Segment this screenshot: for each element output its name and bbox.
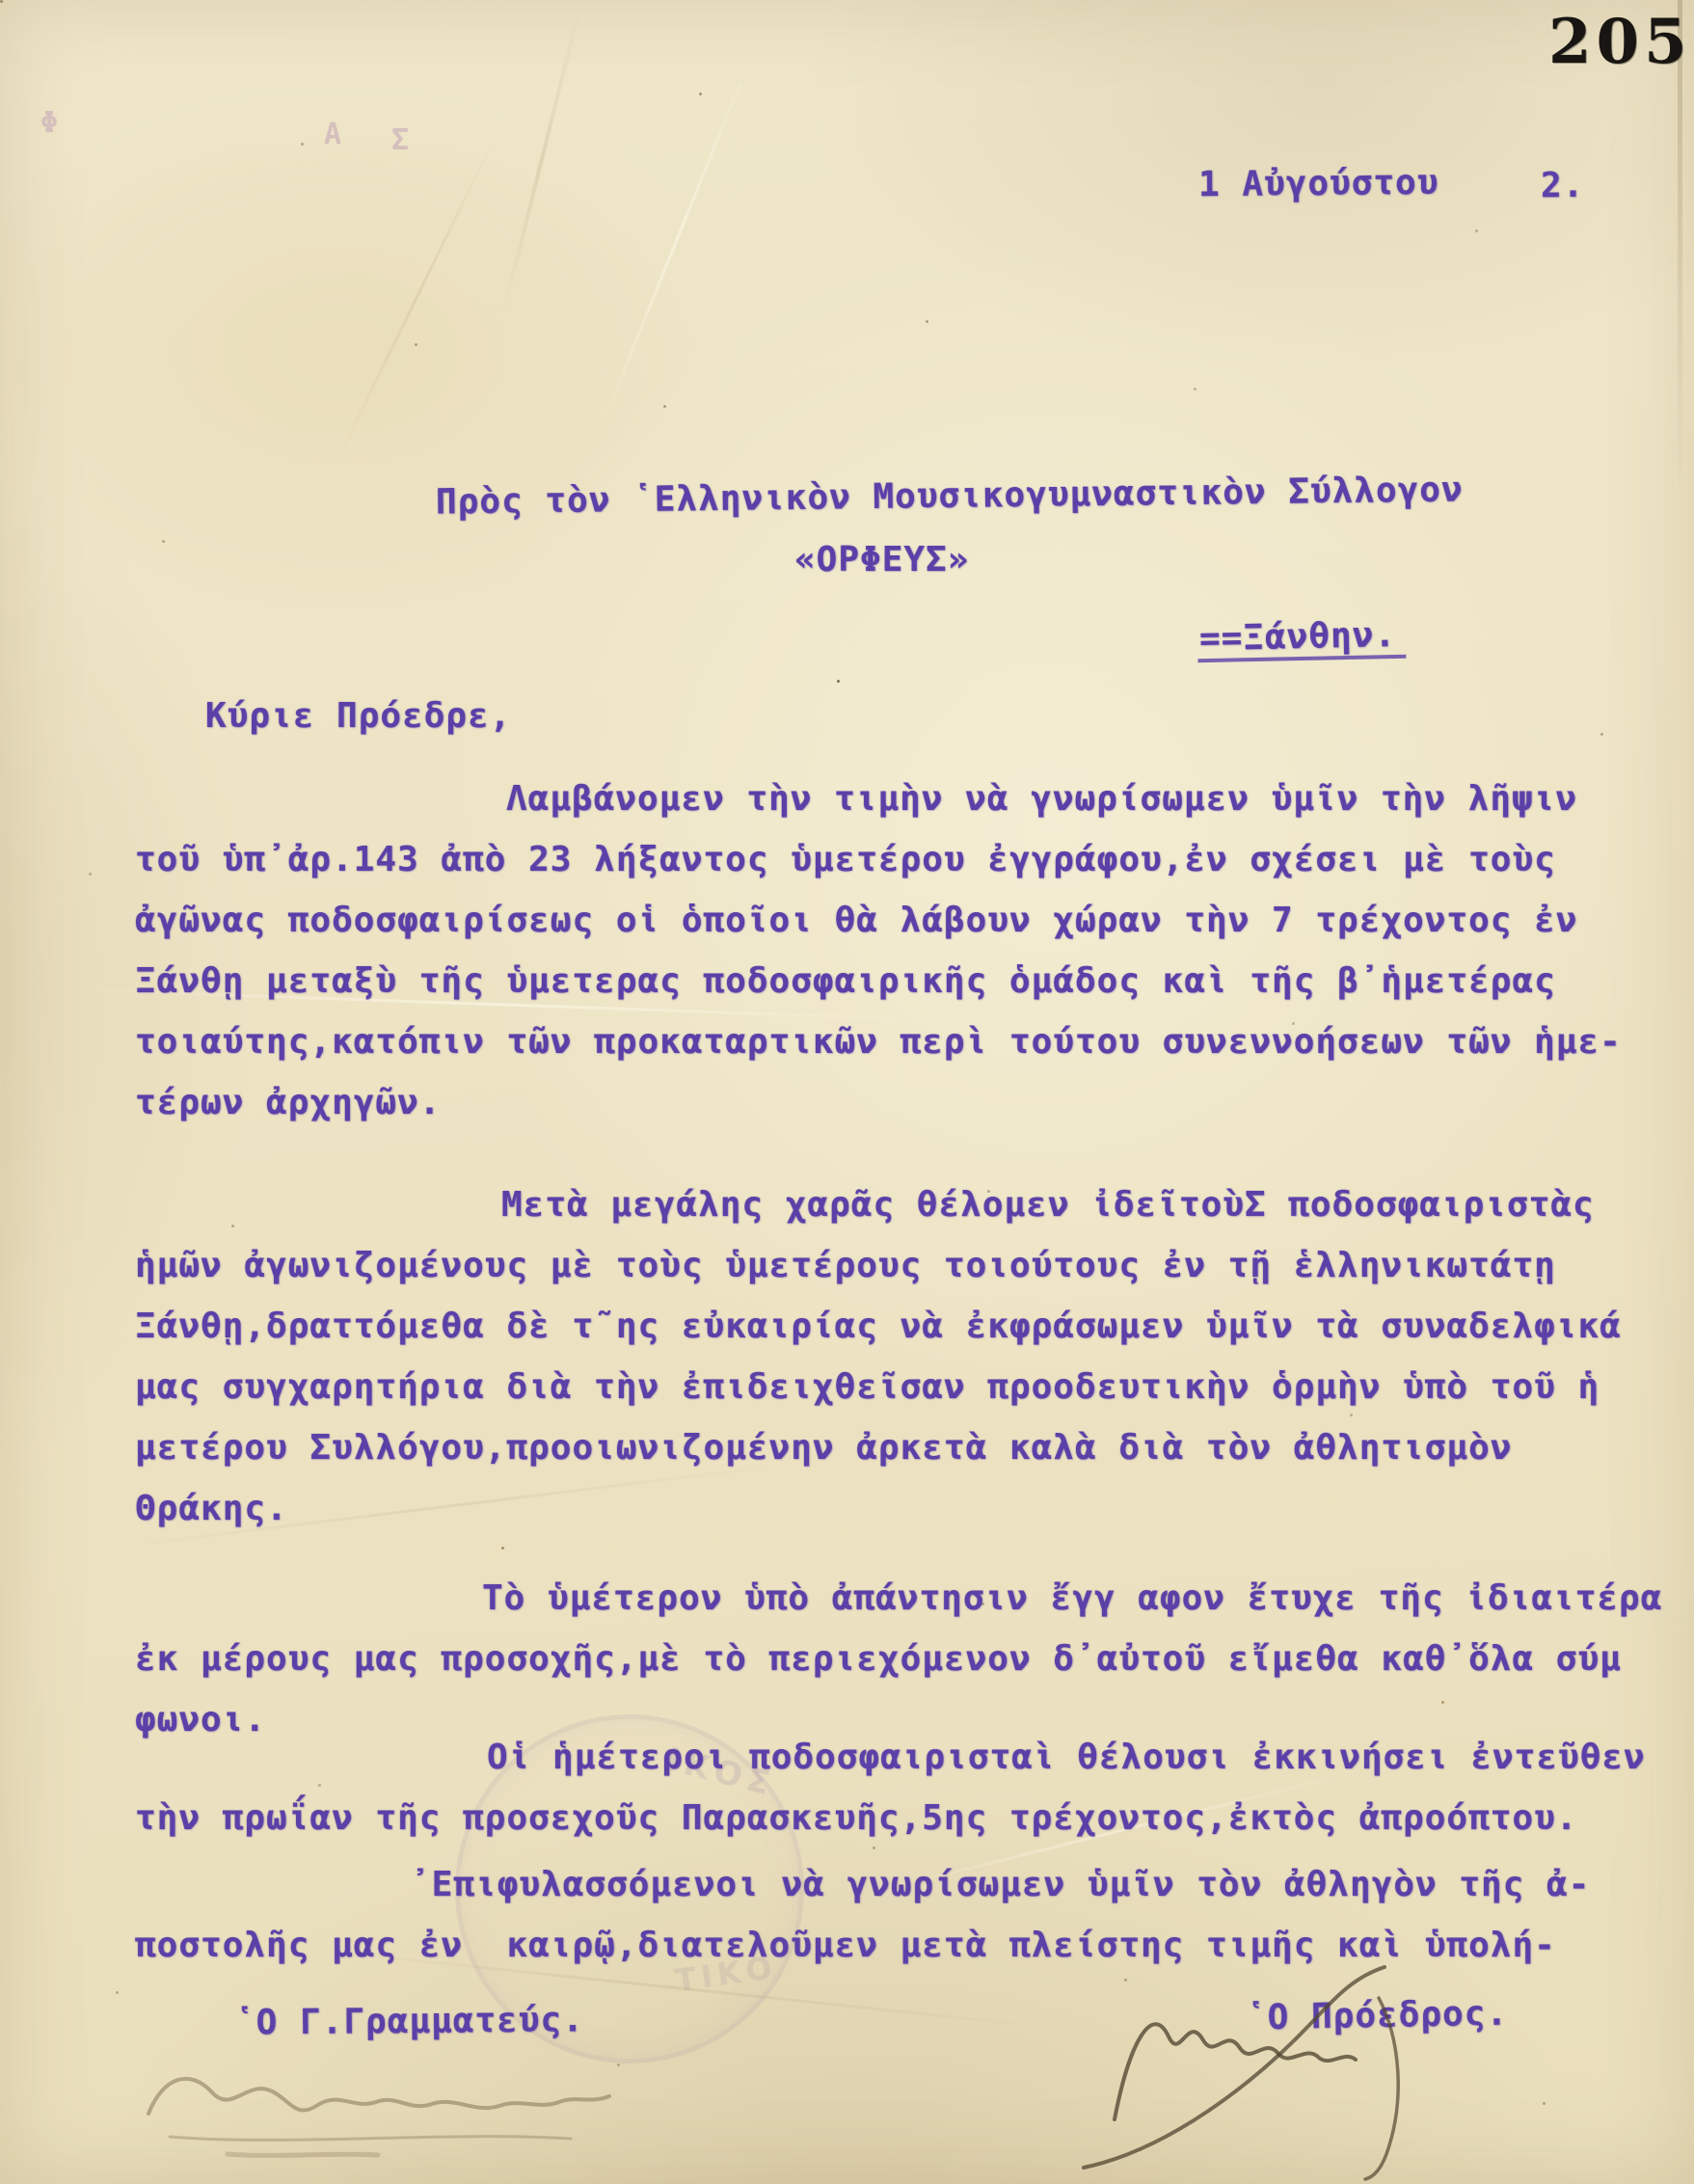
body-line: ᾿Επιφυλασσόμενοι νὰ γνωρίσωμεν ὑμῖν τὸν … xyxy=(135,1854,1658,1915)
body-line: Ξάνθῃ,δραττόμεθα δὲ τ῀ης εὐκαιρίας νὰ ἐκ… xyxy=(135,1296,1658,1357)
signature-title-secretary: ῾Ο Γ.Γραμματεύς. xyxy=(234,2000,584,2042)
secretary-handwritten-signature xyxy=(135,2042,636,2168)
body-line: τοῦ ὑπ᾿ἀρ.143 ἀπὸ 23 λήξαντος ὑμετέρου ἐ… xyxy=(135,829,1658,890)
ghost-letter: Σ xyxy=(391,123,409,157)
paragraph-1: Λαμβάνομεν τὴν τιμὴν νὰ γνωρίσωμεν ὑμῖν … xyxy=(135,768,1658,1133)
scanned-letter-page: { "page": { "number": "205" }, "date_lin… xyxy=(0,0,1694,2184)
paragraph-3: Τὸ ὑμέτερον ὑπὸ ἀπάντησιν ἔγγ αφον ἔτυχε… xyxy=(135,1568,1658,1750)
body-line: Θράκης. xyxy=(135,1478,1658,1539)
body-line: Τὸ ὑμέτερον ὑπὸ ἀπάντησιν ἔγγ αφον ἔτυχε… xyxy=(135,1568,1658,1629)
paragraph-4: Οἱ ἡμέτεροι ποδοσφαιρισταὶ θέλουσι ἐκκιν… xyxy=(135,1727,1658,1848)
body-line: μας συγχαρητήρια διὰ τὴν ἐπιδειχθεῖσαν π… xyxy=(135,1357,1658,1417)
ghost-letter: Α xyxy=(324,118,341,151)
body-line: Οἱ ἡμέτεροι ποδοσφαιρισταὶ θέλουσι ἐκκιν… xyxy=(135,1727,1658,1788)
date-text: 1 Αὐγούστου xyxy=(1198,163,1439,204)
body-line: μετέρου Συλλόγου,προοιωνιζομένην ἀρκετὰ … xyxy=(135,1417,1658,1478)
president-handwritten-signature xyxy=(1061,1957,1485,2184)
paragraph-2: Μετὰ μεγάλης χαρᾶς θέλομεν ἰδεῖτοὺΣ ποδο… xyxy=(135,1174,1658,1539)
body-line: ἡμῶν ἀγωνιζομένους μὲ τοὺς ὑμετέρους τοι… xyxy=(135,1235,1658,1296)
body-line: Λαμβάνομεν τὴν τιμὴν νὰ γνωρίσωμεν ὑμῖν … xyxy=(135,768,1658,829)
body-line: Μετὰ μεγάλης χαρᾶς θέλομεν ἰδεῖτοὺΣ ποδο… xyxy=(135,1174,1658,1235)
ghost-letter: Φ xyxy=(40,106,58,140)
recipient-club-name: «ΟΡΦΕΥΣ» xyxy=(794,540,969,580)
salutation: Κύριε Πρόεδρε, xyxy=(205,696,511,736)
page-number-stamp: 205 xyxy=(1548,6,1692,78)
recipient-city-underlined: ==Ξάνθην. xyxy=(1197,615,1407,663)
date-year-text: 2. xyxy=(1541,166,1585,205)
body-line: ἐκ μέρους μας προσοχῆς,μὲ τὸ περιεχόμενο… xyxy=(135,1629,1658,1689)
body-line: ἀγῶνας ποδοσφαιρίσεως οἱ ὁποῖοι θὰ λάβου… xyxy=(135,890,1658,951)
body-line: τὴν πρωΐαν τῆς προσεχοῦς Παρασκευῆς,5ης … xyxy=(135,1788,1658,1848)
body-line: Ξάνθῃ μεταξὺ τῆς ὑμετερας ποδοσφαιρικῆς … xyxy=(135,951,1658,1011)
paper-speckles xyxy=(0,0,3,3)
body-line: τέρων ἀρχηγῶν. xyxy=(135,1072,1658,1133)
body-line: τοιαύτης,κατόπιν τῶν προκαταρτικῶν περὶ … xyxy=(135,1011,1658,1072)
